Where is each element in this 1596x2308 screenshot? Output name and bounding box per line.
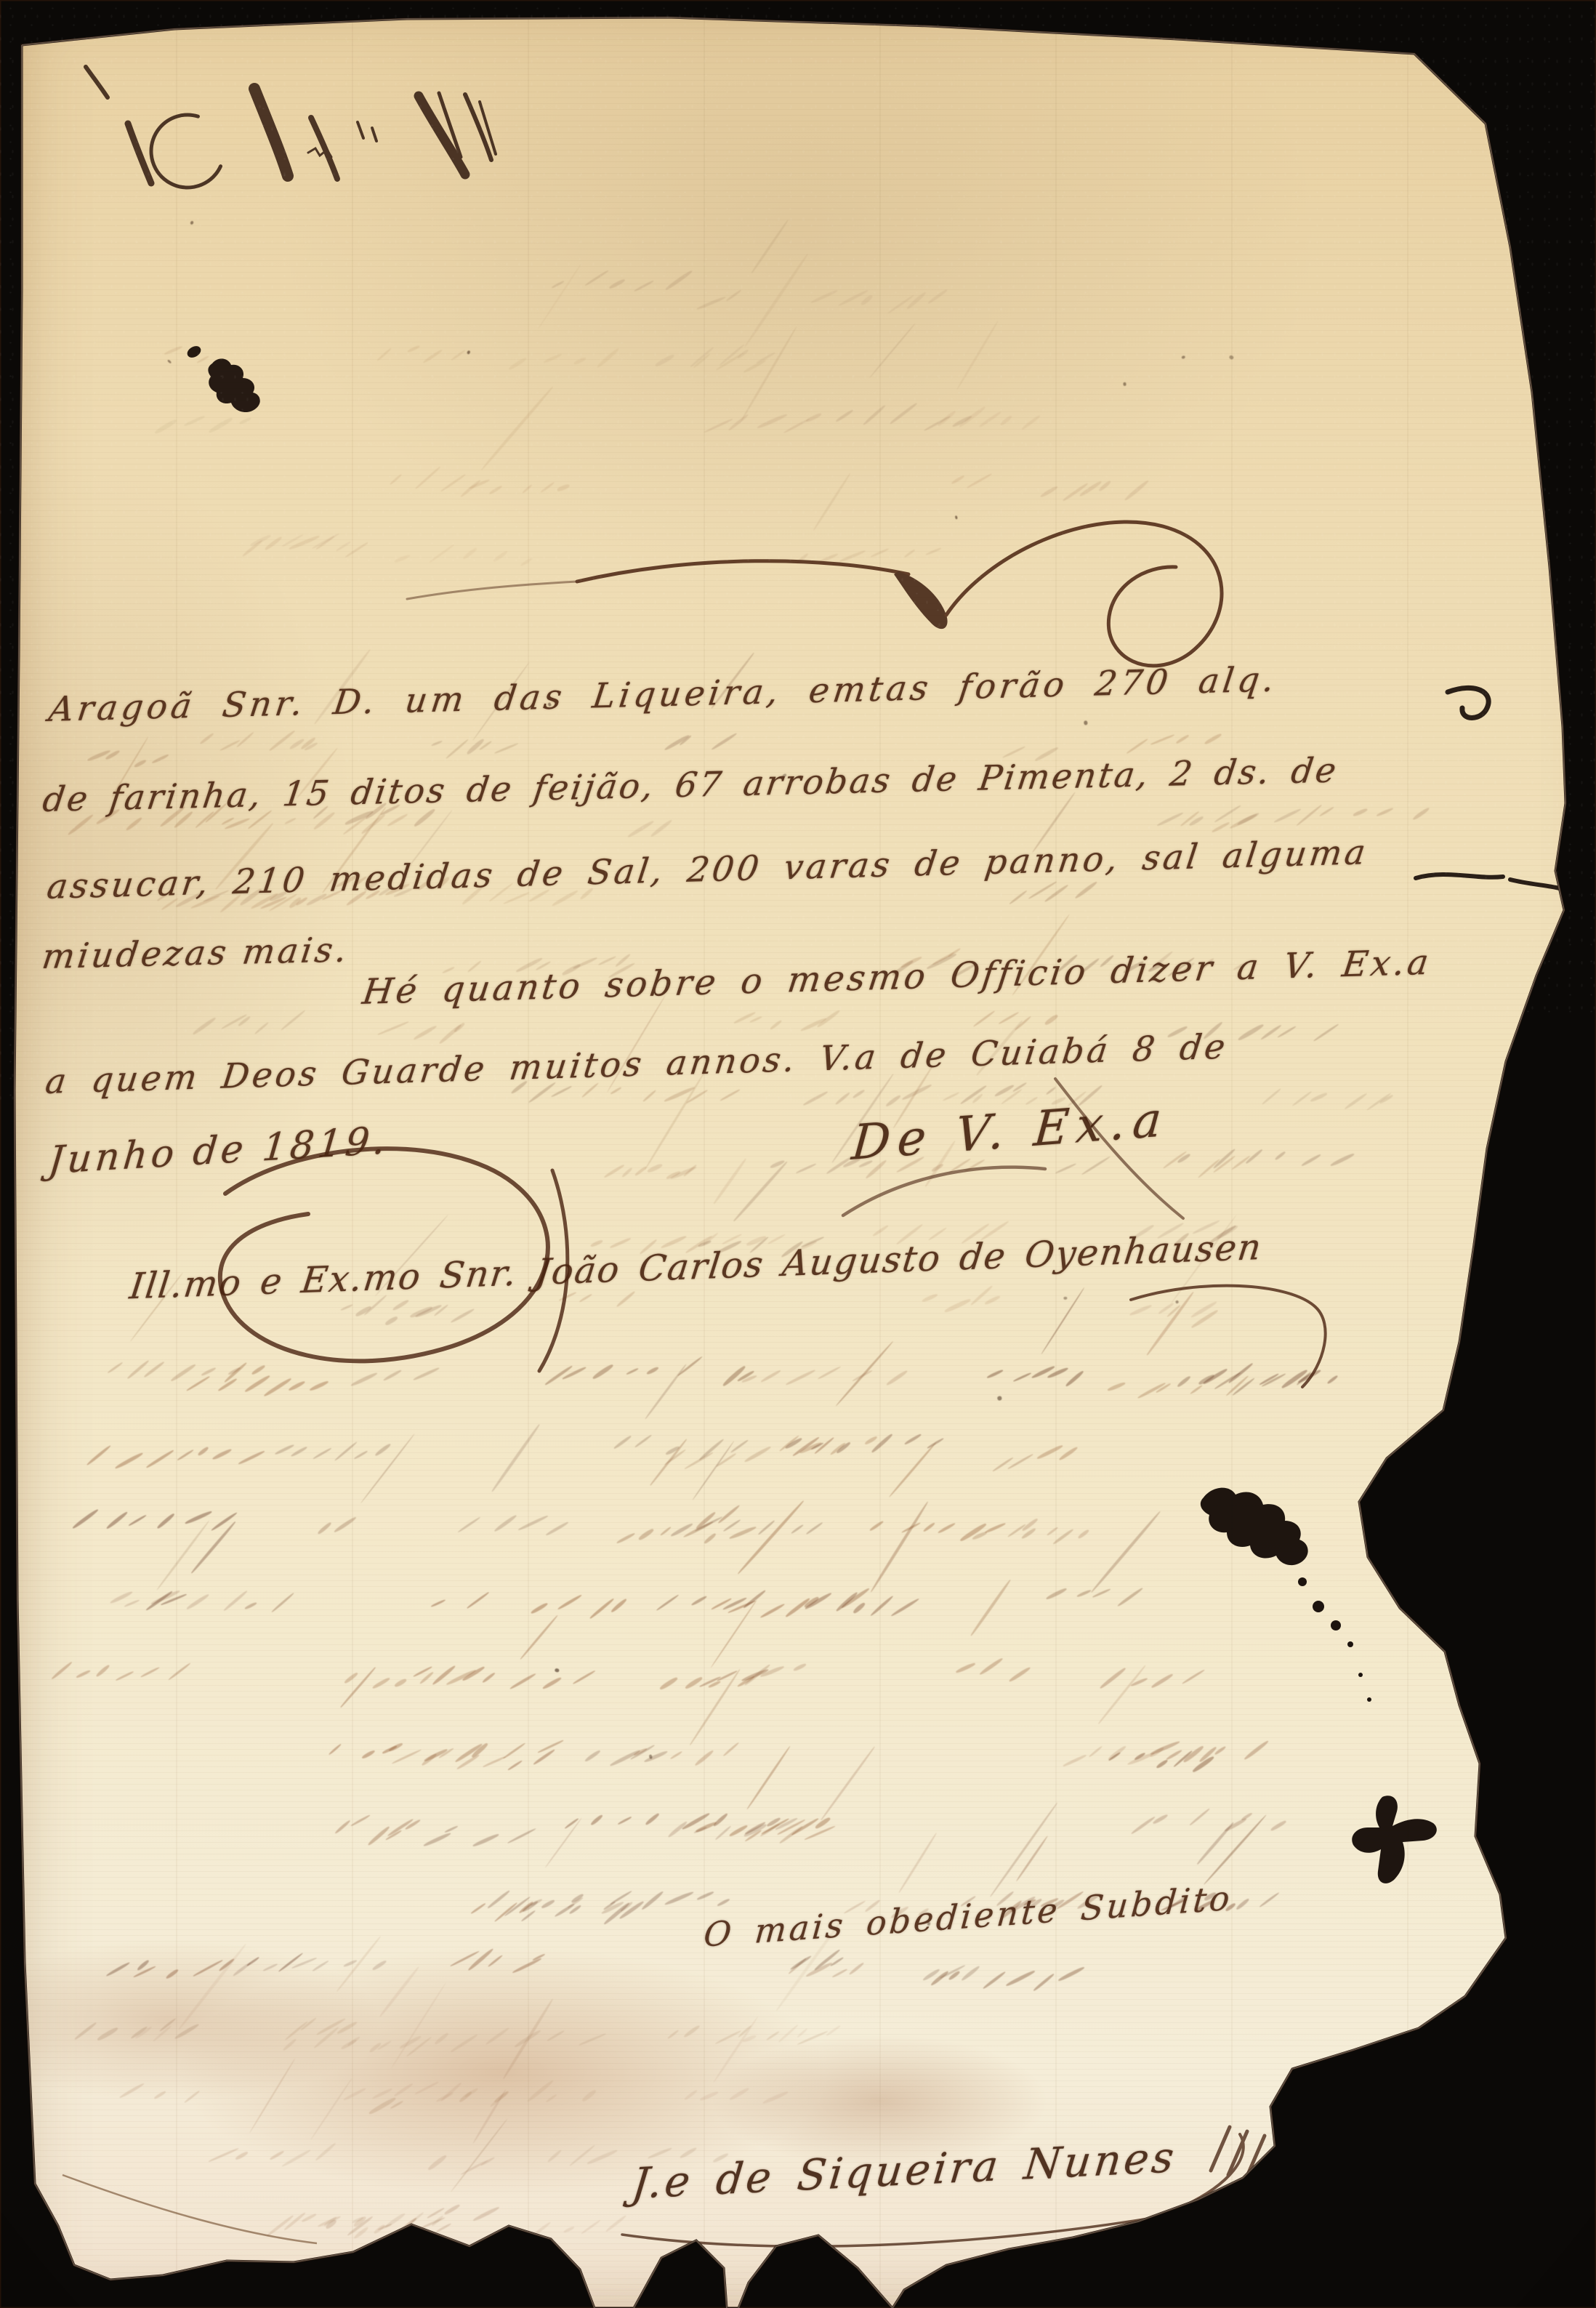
bleedthrough-stroke <box>626 1367 639 1375</box>
bleedthrough-stroke <box>603 1164 625 1178</box>
bleedthrough-stroke <box>729 1824 749 1837</box>
bleedthrough-stroke <box>630 1744 655 1759</box>
bleedthrough-stroke <box>105 1511 128 1529</box>
bleedthrough-stroke <box>743 1823 767 1838</box>
bleedthrough-stroke <box>728 413 749 431</box>
bleedthrough-stroke <box>648 2147 673 2160</box>
bleedthrough-stroke <box>1231 1155 1251 1170</box>
bleedthrough-stroke <box>762 2090 789 2104</box>
bleedthrough-stroke <box>1175 734 1188 744</box>
bleedthrough-stroke <box>848 1961 864 1975</box>
bleedthrough-stroke <box>1077 1529 1089 1540</box>
bleedthrough-stroke <box>467 350 471 355</box>
bleedthrough-stroke <box>814 1817 831 1830</box>
bleedthrough-stroke <box>901 1522 922 1534</box>
bleedthrough-stroke <box>711 652 754 709</box>
bleedthrough-stroke <box>1275 1151 1286 1160</box>
bleedthrough-stroke <box>418 880 430 890</box>
bleedthrough-stroke <box>788 1958 807 1975</box>
bleedthrough-stroke <box>650 819 672 838</box>
bleedthrough-stroke <box>1123 382 1127 385</box>
bleedthrough-stroke <box>722 1742 739 1757</box>
bleedthrough-stroke <box>440 2082 462 2102</box>
bleedthrough-stroke <box>1009 890 1027 905</box>
bleedthrough-stroke <box>1177 1375 1191 1388</box>
bleedthrough-stroke <box>1237 812 1260 827</box>
bleedthrough-stroke <box>704 418 734 433</box>
bleedthrough-stroke <box>712 1157 746 1204</box>
bleedthrough-stroke <box>1036 1444 1063 1460</box>
bleedthrough-stroke <box>1190 1300 1218 1319</box>
bleedthrough-stroke <box>796 552 809 564</box>
bleedthrough-stroke <box>274 1444 294 1455</box>
bleedthrough-stroke <box>377 2223 392 2231</box>
bleedthrough-stroke <box>520 1910 536 1922</box>
bleedthrough-stroke <box>1366 1093 1392 1111</box>
bleedthrough-stroke <box>948 1158 971 1174</box>
bleedthrough-stroke <box>797 2030 828 2046</box>
bleedthrough-stroke <box>76 1669 90 1678</box>
bleedthrough-stroke <box>679 2147 697 2160</box>
bleedthrough-stroke <box>316 2017 346 2035</box>
bleedthrough-stroke <box>1156 1383 1171 1393</box>
bleedthrough-stroke <box>1150 1747 1165 1758</box>
bleedthrough-stroke <box>547 2030 565 2041</box>
bleedthrough-stroke <box>413 1665 432 1677</box>
bleedthrough-layer <box>0 0 1596 2308</box>
bleedthrough-stroke <box>315 535 335 550</box>
bleedthrough-stroke <box>871 1434 893 1454</box>
bleedthrough-stroke <box>451 349 466 361</box>
bleedthrough-stroke <box>597 955 616 966</box>
bleedthrough-stroke <box>427 2208 445 2219</box>
bleedthrough-stroke <box>284 817 296 824</box>
bleedthrough-stroke <box>533 1748 555 1765</box>
bleedthrough-stroke <box>601 1901 625 1915</box>
bleedthrough-stroke <box>1057 1966 1085 1983</box>
bleedthrough-stroke <box>589 1239 603 1247</box>
bleedthrough-stroke <box>371 1960 387 1971</box>
bleedthrough-stroke <box>414 808 436 827</box>
bleedthrough-stroke <box>841 1587 870 1609</box>
bleedthrough-stroke <box>836 1442 851 1455</box>
bleedthrough-stroke <box>971 1093 983 1103</box>
bleedthrough-stroke <box>1273 808 1302 824</box>
bleedthrough-stroke <box>743 253 809 347</box>
bleedthrough-stroke <box>313 805 329 819</box>
bleedthrough-stroke <box>681 1812 710 1831</box>
bleedthrough-stroke <box>744 1664 771 1686</box>
bleedthrough-stroke <box>285 2020 309 2040</box>
bleedthrough-stroke <box>454 1743 483 1764</box>
bleedthrough-stroke <box>782 773 787 779</box>
bleedthrough-stroke <box>1078 1085 1103 1106</box>
bleedthrough-stroke <box>1065 1370 1084 1387</box>
bleedthrough-stroke <box>792 1436 820 1456</box>
handwriting-line-3: assucar, 210 medidas de Sal, 200 varas d… <box>44 832 1371 907</box>
bleedthrough-stroke <box>107 1362 123 1374</box>
bleedthrough-stroke <box>743 1590 766 1609</box>
bleedthrough-stroke <box>805 1962 833 1979</box>
bleedthrough-stroke <box>415 467 440 490</box>
bleedthrough-stroke <box>559 1292 577 1301</box>
bleedthrough-stroke <box>309 1380 329 1392</box>
bleedthrough-stroke <box>371 2088 392 2100</box>
bleedthrough-stroke <box>1281 1368 1308 1389</box>
bleedthrough-stroke <box>278 1952 304 1972</box>
bleedthrough-stroke <box>97 2026 119 2041</box>
bleedthrough-stroke <box>283 2038 297 2051</box>
bleedthrough-stroke <box>451 2118 508 2192</box>
bleedthrough-stroke <box>579 2032 606 2046</box>
bleedthrough-stroke <box>1202 1021 1223 1041</box>
bleedthrough-stroke <box>994 1084 1015 1098</box>
bleedthrough-stroke <box>352 876 367 888</box>
bleedthrough-stroke <box>694 1750 714 1767</box>
bleedthrough-stroke <box>1244 1740 1270 1761</box>
bleedthrough-stroke <box>450 1308 475 1324</box>
bleedthrough-stroke <box>783 418 810 435</box>
bleedthrough-stroke <box>1117 1587 1144 1607</box>
bleedthrough-stroke <box>552 281 565 289</box>
bleedthrough-stroke <box>503 891 530 904</box>
bleedthrough-stroke <box>344 1672 358 1684</box>
bleedthrough-stroke <box>871 547 889 558</box>
bleedthrough-stroke <box>1229 812 1258 829</box>
bleedthrough-stroke <box>1099 1667 1127 1689</box>
bleedthrough-stroke <box>555 1668 559 1673</box>
bleedthrough-stroke <box>374 1443 392 1457</box>
bleedthrough-stroke <box>1015 1835 1049 1883</box>
ink-artwork-layer <box>0 0 1596 2308</box>
bleedthrough-stroke <box>793 1662 807 1672</box>
bleedthrough-stroke <box>322 807 387 893</box>
bleedthrough-stroke <box>584 270 609 286</box>
bleedthrough-stroke <box>592 1363 615 1380</box>
bleedthrough-stroke <box>589 1598 614 1619</box>
bleedthrough-stroke <box>435 2032 450 2045</box>
bleedthrough-stroke <box>494 743 519 755</box>
bleedthrough-stroke <box>1191 1308 1219 1328</box>
bleedthrough-stroke <box>749 1237 769 1254</box>
bleedthrough-stroke <box>1156 812 1184 827</box>
handwriting-line-5: Hé quanto sobre o mesmo Officio dizer a … <box>360 942 1433 1013</box>
bleedthrough-stroke <box>581 1082 600 1098</box>
bleedthrough-stroke <box>1161 1898 1188 1911</box>
bleedthrough-stroke <box>716 353 744 371</box>
bleedthrough-stroke <box>1050 1096 1066 1106</box>
bleedthrough-stroke <box>609 1749 640 1767</box>
bleedthrough-stroke <box>1180 811 1199 827</box>
bleedthrough-stroke <box>150 1590 180 1606</box>
bleedthrough-stroke <box>634 281 654 293</box>
bleedthrough-stroke <box>1177 1152 1191 1163</box>
bleedthrough-stroke <box>861 294 874 306</box>
bleedthrough-stroke <box>1092 1588 1111 1598</box>
bleedthrough-stroke <box>698 1239 712 1247</box>
bleedthrough-stroke <box>515 957 543 973</box>
bleedthrough-stroke <box>297 747 339 799</box>
bleedthrough-stroke <box>423 1748 448 1762</box>
bleedthrough-stroke <box>1344 1093 1367 1110</box>
bleedthrough-stroke <box>610 1087 621 1095</box>
bleedthrough-stroke <box>1156 1758 1169 1769</box>
bleedthrough-stroke <box>835 1591 858 1612</box>
bleedthrough-stroke <box>546 2094 557 2102</box>
bleedthrough-stroke <box>1167 1025 1188 1038</box>
bleedthrough-stroke <box>133 1966 156 1978</box>
bleedthrough-stroke <box>1213 1149 1236 1170</box>
bleedthrough-stroke <box>778 2024 799 2043</box>
bleedthrough-stroke <box>433 1304 448 1316</box>
bleedthrough-stroke <box>340 1303 353 1311</box>
bleedthrough-stroke <box>296 897 308 906</box>
bleedthrough-stroke <box>803 1596 819 1609</box>
bleedthrough-stroke <box>690 347 714 368</box>
bleedthrough-stroke <box>1149 1740 1180 1756</box>
bleedthrough-stroke <box>703 1532 716 1545</box>
bleedthrough-stroke <box>610 1598 628 1614</box>
bleedthrough-stroke <box>571 1893 584 1903</box>
bleedthrough-stroke <box>384 882 410 896</box>
bleedthrough-stroke <box>835 409 853 423</box>
bleedthrough-stroke <box>269 890 287 902</box>
bleedthrough-stroke <box>313 1960 329 1971</box>
bleedthrough-stroke <box>336 2020 358 2035</box>
bleedthrough-stroke <box>956 320 999 390</box>
bleedthrough-stroke <box>1063 1297 1067 1300</box>
bleedthrough-stroke <box>650 1439 688 1487</box>
bleedthrough-stroke <box>885 1094 901 1107</box>
bleedthrough-stroke <box>360 813 386 835</box>
bleedthrough-stroke <box>737 349 749 359</box>
bleedthrough-stroke <box>387 813 408 827</box>
hairline-crease-bottom-left <box>63 2175 317 2243</box>
bleedthrough-stroke <box>388 1742 403 1752</box>
bleedthrough-stroke <box>1261 1372 1286 1387</box>
bleedthrough-stroke <box>664 734 690 752</box>
bleedthrough-stroke <box>1107 1381 1126 1391</box>
bleedthrough-stroke <box>1181 355 1186 360</box>
bleedthrough-stroke <box>159 2018 177 2032</box>
bleedthrough-stroke <box>1134 1752 1146 1761</box>
bleedthrough-stroke <box>1297 1370 1321 1384</box>
bleedthrough-stroke <box>1045 1587 1067 1600</box>
bleedthrough-stroke <box>972 1531 988 1541</box>
bleedthrough-stroke <box>367 1825 390 1846</box>
bleedthrough-stroke <box>621 1167 633 1178</box>
bleedthrough-stroke <box>547 702 552 707</box>
courtesy-formula: De V. Ex.a <box>850 1091 1171 1171</box>
bleedthrough-stroke <box>1013 1372 1032 1383</box>
bleedthrough-stroke <box>1198 1159 1220 1179</box>
bleedthrough-stroke <box>1198 1374 1214 1386</box>
bleedthrough-stroke <box>363 882 377 892</box>
bleedthrough-stroke <box>340 2039 357 2051</box>
bleedthrough-stroke <box>695 1516 723 1532</box>
bleedthrough-stroke <box>397 2216 417 2233</box>
bleedthrough-stroke <box>1044 1014 1058 1026</box>
bleedthrough-stroke <box>373 2224 385 2235</box>
bleedthrough-stroke <box>233 1961 251 1977</box>
bleedthrough-stroke <box>901 1083 932 1101</box>
bleedthrough-stroke <box>1196 1821 1233 1865</box>
bleedthrough-stroke <box>291 1446 308 1457</box>
bleedthrough-stroke <box>756 353 775 364</box>
handwriting-line-6: a quem Deos Guarde muitos annos. V.a de … <box>43 1027 1230 1103</box>
bleedthrough-stroke <box>438 1748 454 1759</box>
bleedthrough-stroke <box>1412 807 1430 821</box>
bleedthrough-stroke <box>263 1378 291 1398</box>
bleedthrough-stroke <box>781 1240 805 1259</box>
bleedthrough-stroke <box>992 1456 1014 1472</box>
bleedthrough-stroke <box>778 1825 803 1844</box>
bleedthrough-stroke <box>67 813 94 837</box>
bleedthrough-stroke <box>810 289 838 304</box>
torn-edge-highlight <box>15 17 1565 2308</box>
bleedthrough-stroke <box>208 417 233 434</box>
bleedthrough-stroke <box>387 1817 414 1837</box>
bleedthrough-stroke <box>355 1305 371 1316</box>
bleedthrough-stroke <box>557 1593 583 1610</box>
bleedthrough-stroke <box>352 2216 364 2224</box>
bleedthrough-stroke <box>660 1527 672 1536</box>
bleedthrough-stroke <box>959 1522 987 1542</box>
bleedthrough-stroke <box>717 1240 743 1255</box>
bleedthrough-stroke <box>390 1982 446 2069</box>
bleedthrough-stroke <box>372 1677 391 1689</box>
bleedthrough-stroke <box>898 1833 938 1894</box>
bleedthrough-stroke <box>818 552 838 563</box>
bleedthrough-stroke <box>685 1235 712 1255</box>
bleedthrough-stroke <box>785 1597 811 1618</box>
bleedthrough-stroke <box>759 1665 784 1678</box>
bleedthrough-stroke <box>444 2204 461 2216</box>
bleedthrough-stroke <box>530 2221 552 2239</box>
bleedthrough-stroke <box>978 411 1001 428</box>
bleedthrough-stroke <box>547 2150 563 2163</box>
bleedthrough-stroke <box>223 1590 249 1612</box>
manuscript-paper <box>0 0 1596 2308</box>
bleedthrough-stroke <box>161 1593 187 1606</box>
bleedthrough-stroke <box>110 1591 134 1605</box>
bleedthrough-stroke <box>164 345 182 355</box>
bleedthrough-stroke <box>1236 1898 1250 1911</box>
bleedthrough-stroke <box>487 1955 503 1968</box>
bleedthrough-stroke <box>1057 954 1078 972</box>
bleedthrough-stroke <box>540 481 555 493</box>
bleedthrough-stroke <box>617 1817 632 1825</box>
bleedthrough-stroke <box>970 1284 994 1306</box>
bleedthrough-stroke <box>537 1740 564 1753</box>
bleedthrough-stroke <box>775 1918 844 2011</box>
bleedthrough-stroke <box>1047 1367 1069 1379</box>
bleedthrough-stroke <box>493 1513 517 1532</box>
bleedthrough-stroke <box>394 1678 408 1688</box>
bleedthrough-stroke <box>333 1516 356 1534</box>
bleedthrough-stroke <box>384 2212 406 2229</box>
bleedthrough-stroke <box>517 1515 548 1532</box>
photo-vignette <box>0 0 1596 2308</box>
bleedthrough-stroke <box>797 2028 808 2038</box>
bleedthrough-stroke <box>129 1272 183 1342</box>
bleedthrough-stroke <box>186 1376 210 1391</box>
bleedthrough-stroke <box>634 1434 652 1448</box>
bleedthrough-stroke <box>153 419 177 435</box>
bleedthrough-stroke <box>485 2027 509 2046</box>
bleedthrough-stroke <box>114 1452 143 1470</box>
bleedthrough-stroke <box>998 1011 1019 1025</box>
bleedthrough-stroke <box>930 1971 949 1987</box>
bleedthrough-stroke <box>852 1089 865 1098</box>
bleedthrough-stroke <box>720 345 745 366</box>
bleedthrough-stroke <box>729 2087 750 2101</box>
bleedthrough-stroke <box>544 353 563 364</box>
bleedthrough-stroke <box>739 326 797 423</box>
bleedthrough-stroke <box>1074 880 1097 899</box>
bleedthrough-stroke <box>1097 1665 1145 1724</box>
bleedthrough-stroke <box>1259 1373 1278 1386</box>
bleedthrough-stroke <box>948 1970 962 1981</box>
bleedthrough-stroke <box>1007 1524 1027 1538</box>
bleedthrough-stroke <box>124 1599 141 1608</box>
bleedthrough-stroke <box>399 2035 422 2050</box>
bleedthrough-stroke <box>422 348 443 363</box>
bleedthrough-stroke <box>383 1369 402 1381</box>
bleedthrough-stroke <box>667 2029 679 2038</box>
bleedthrough-stroke <box>1047 1527 1058 1536</box>
bleedthrough-stroke <box>507 1760 523 1771</box>
bleedthrough-stroke <box>1006 1970 1036 1987</box>
bleedthrough-stroke <box>1262 1088 1281 1105</box>
bleedthrough-stroke <box>596 347 619 369</box>
bleedthrough-stroke <box>502 1742 525 1759</box>
bleedthrough-stroke <box>581 2219 601 2235</box>
bleedthrough-stroke <box>190 220 195 225</box>
bleedthrough-stroke <box>105 749 121 761</box>
bleedthrough-stroke <box>345 542 368 558</box>
bleedthrough-stroke <box>715 2030 743 2045</box>
bleedthrough-stroke <box>1192 1755 1215 1773</box>
bleedthrough-stroke <box>1319 806 1334 817</box>
bleedthrough-stroke <box>1130 1815 1156 1835</box>
bleedthrough-stroke <box>864 1436 878 1446</box>
bleedthrough-stroke <box>573 1670 595 1685</box>
bleedthrough-stroke <box>1192 1220 1220 1236</box>
bleedthrough-stroke <box>1207 1224 1237 1245</box>
bleedthrough-stroke <box>376 2040 392 2051</box>
bleedthrough-stroke <box>618 1899 645 1919</box>
bleedthrough-stroke <box>96 808 121 825</box>
bleedthrough-stroke <box>1031 1365 1055 1380</box>
bleedthrough-stroke <box>454 1021 466 1032</box>
bleedthrough-stroke <box>343 1959 358 1968</box>
bleedthrough-stroke <box>615 953 632 968</box>
bleedthrough-stroke <box>196 811 215 828</box>
bleedthrough-stroke <box>518 1901 533 1914</box>
bleedthrough-stroke <box>804 1825 835 1841</box>
bleedthrough-stroke <box>462 1666 485 1682</box>
bleedthrough-stroke <box>111 736 149 798</box>
bleedthrough-stroke <box>1010 1895 1036 1913</box>
bleedthrough-stroke <box>985 1522 1007 1534</box>
bleedthrough-stroke <box>717 1897 730 1907</box>
bleedthrough-stroke <box>665 1446 680 1456</box>
bleedthrough-stroke <box>377 1021 408 1035</box>
bleedthrough-stroke <box>892 960 914 976</box>
ink-blot-upper-left <box>185 344 260 412</box>
bleedthrough-stroke <box>544 1817 582 1868</box>
